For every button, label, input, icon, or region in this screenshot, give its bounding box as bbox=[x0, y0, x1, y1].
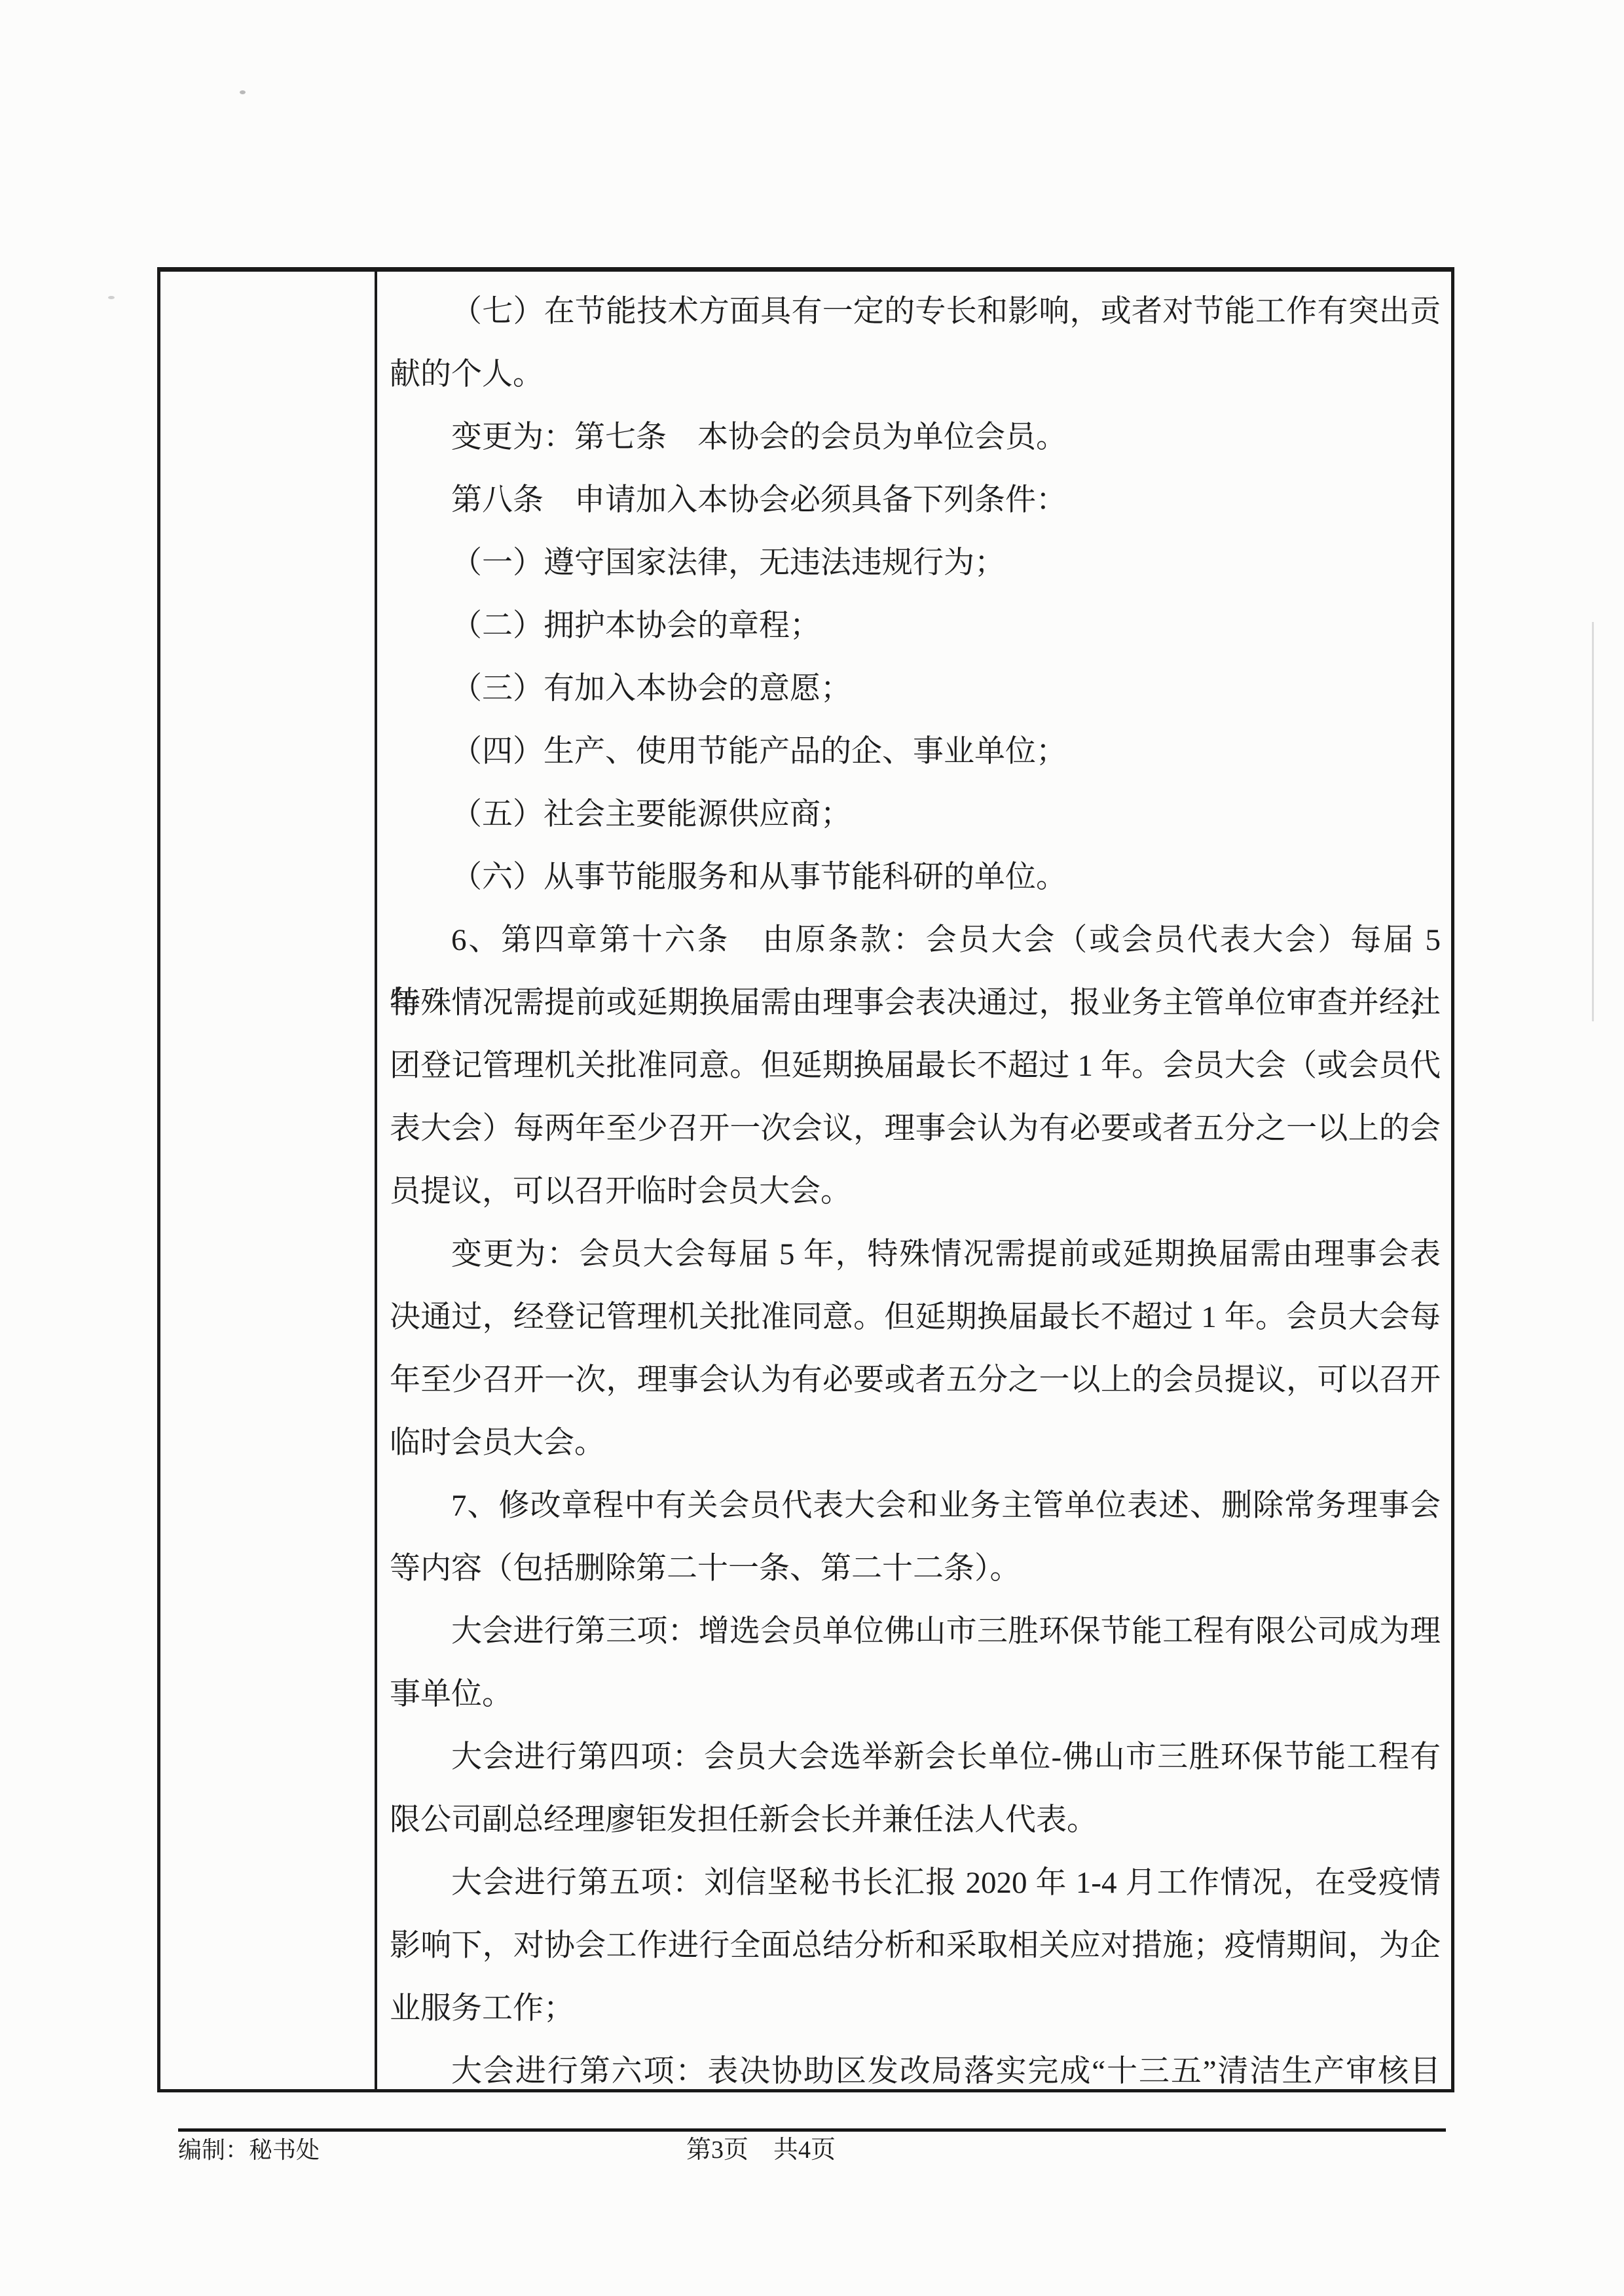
text-line: 大会进行第六项：表决协助区发改局落实完成“十三五”清洁生产审核目 bbox=[390, 2040, 1441, 2089]
text-line: 变更为：第七条 本协会的会员为单位会员。 bbox=[390, 406, 1441, 469]
text-line: 事单位。 bbox=[390, 1663, 1441, 1726]
text-line: 决通过，经登记管理机关批准同意。但延期换届最长不超过 1 年。会员大会每 bbox=[390, 1286, 1441, 1349]
text-line: 年至少召开一次，理事会认为有必要或者五分之一以上的会员提议，可以召开 bbox=[390, 1349, 1441, 1412]
footer-compiled-by: 编制：秘书处 bbox=[178, 2136, 320, 2164]
text-line: （四）生产、使用节能产品的企、事业单位； bbox=[390, 720, 1441, 783]
text-line: 业服务工作； bbox=[390, 1977, 1441, 2040]
text-line: 临时会员大会。 bbox=[390, 1412, 1441, 1474]
scan-streak bbox=[1592, 622, 1594, 1021]
text-line: （五）社会主要能源供应商； bbox=[390, 783, 1441, 846]
text-line: （七）在节能技术方面具有一定的专长和影响，或者对节能工作有突出贡 bbox=[390, 280, 1441, 343]
text-line: 大会进行第四项：会员大会选举新会长单位-佛山市三胜环保节能工程有 bbox=[390, 1726, 1441, 1789]
text-line: 员提议，可以召开临时会员大会。 bbox=[390, 1160, 1441, 1223]
text-line: 影响下，对协会工作进行全面总结分析和采取相关应对措施；疫情期间，为企 bbox=[390, 1914, 1441, 1977]
footer-divider bbox=[178, 2128, 1446, 2132]
text-line: 7、修改章程中有关会员代表大会和业务主管单位表述、删除常务理事会 bbox=[390, 1474, 1441, 1537]
text-line: （六）从事节能服务和从事节能科研的单位。 bbox=[390, 846, 1441, 909]
text-line: （三）有加入本协会的意愿； bbox=[390, 657, 1441, 720]
text-line: 表大会）每两年至少召开一次会议，理事会认为有必要或者五分之一以上的会 bbox=[390, 1097, 1441, 1160]
table-empty-label-cell bbox=[160, 272, 377, 2089]
text-line: 6、第四章第十六条 由原条款：会员大会（或会员代表大会）每届 5 年， bbox=[390, 909, 1441, 972]
footer-page-indicator: 第3页 共4页 bbox=[686, 2136, 836, 2164]
text-line: 限公司副总经理廖钜发担任新会长并兼任法人代表。 bbox=[390, 1789, 1441, 1851]
text-line: 第八条 申请加入本协会必须具备下列条件： bbox=[390, 469, 1441, 532]
scan-speck bbox=[240, 90, 246, 94]
text-line: 团登记管理机关批准同意。但延期换届最长不超过 1 年。会员大会（或会员代 bbox=[390, 1034, 1441, 1097]
document-page: （七）在节能技术方面具有一定的专长和影响，或者对节能工作有突出贡献的个人。变更为… bbox=[0, 0, 1624, 2296]
text-line: 等内容（包括删除第二十一条、第二十二条）。 bbox=[390, 1537, 1441, 1600]
text-line: 变更为：会员大会每届 5 年，特殊情况需提前或延期换届需由理事会表 bbox=[390, 1223, 1441, 1286]
text-line: 特殊情况需提前或延期换届需由理事会表决通过，报业务主管单位审查并经社 bbox=[390, 972, 1441, 1034]
text-line: （二）拥护本协会的章程； bbox=[390, 594, 1441, 657]
text-line: 大会进行第五项：刘信坚秘书长汇报 2020 年 1-4 月工作情况，在受疫情 bbox=[390, 1851, 1441, 1914]
text-line: 大会进行第三项：增选会员单位佛山市三胜环保节能工程有限公司成为理 bbox=[390, 1600, 1441, 1663]
text-line: （一）遵守国家法律，无违法违规行为； bbox=[390, 532, 1441, 594]
text-line: 献的个人。 bbox=[390, 343, 1441, 406]
table-text-column: （七）在节能技术方面具有一定的专长和影响，或者对节能工作有突出贡献的个人。变更为… bbox=[377, 272, 1451, 2089]
minutes-table-row: （七）在节能技术方面具有一定的专长和影响，或者对节能工作有突出贡献的个人。变更为… bbox=[157, 267, 1454, 2092]
scan-speck bbox=[108, 296, 115, 299]
